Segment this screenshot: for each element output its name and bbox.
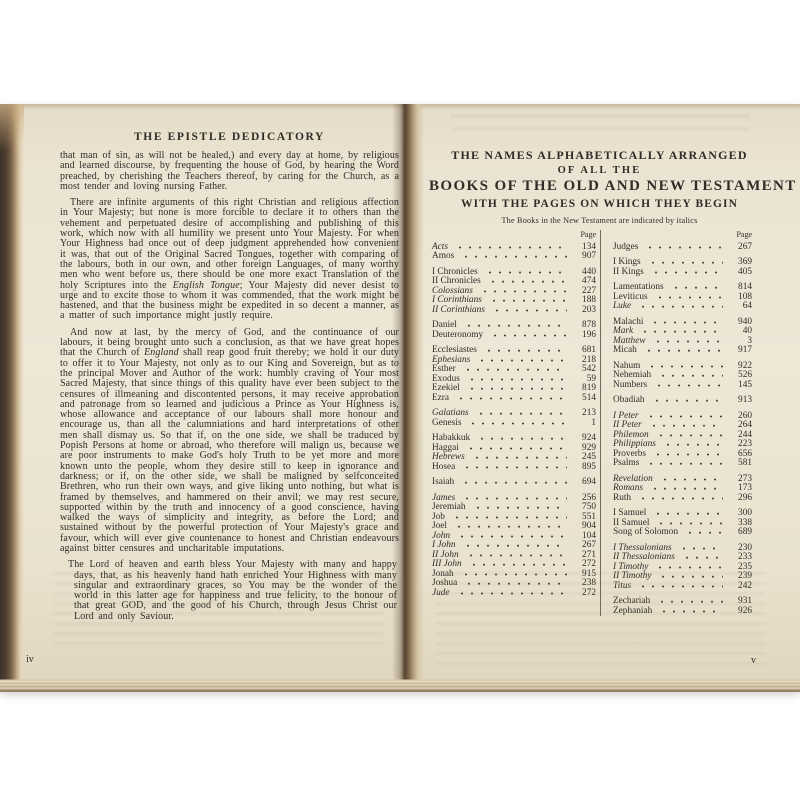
dot-leader [647,421,723,431]
book-entry: Ephesians218 [432,356,596,366]
left-page-number: iv [26,654,34,665]
dot-leader [461,365,567,375]
book-page-number: 272 [570,589,596,599]
right-page-number: v [751,655,756,666]
dot-leader [658,475,723,485]
page-stack-edges [0,677,800,692]
book-entry: Joel904 [432,522,596,532]
book-page-number: 242 [726,582,752,592]
book-name: Ezra [432,394,449,404]
book-entry: Acts134 [432,243,596,253]
dot-leader [450,513,567,523]
header-line-1: THE NAMES ALPHABETICALLY ARRANGED [429,148,770,163]
ink-bleed-through [451,114,750,140]
dot-leader [459,570,567,580]
dot-leader [475,434,567,444]
book-name: Psalms [613,459,639,469]
book-entry: Ruth296 [613,494,752,504]
book-name: II Corinthians [432,306,485,316]
book-entry: II Timothy239 [613,572,752,582]
book-name: Hosea [432,463,455,473]
book-entry: II Corinthians203 [432,306,596,316]
dot-leader [452,522,567,532]
dot-leader [643,243,723,253]
page-column-header: Page [613,230,752,240]
dot-leader [459,252,567,262]
book-page-number: 203 [570,306,596,316]
book-page-number: 514 [570,394,596,404]
dedication-paragraph: And now at last, by the mercy of God, an… [60,328,399,555]
dot-leader [460,463,567,473]
dot-leader [651,450,723,460]
book-page-number: 267 [726,243,752,253]
dot-leader [465,384,567,394]
header-line-4: WITH THE PAGES ON WHICH THEY BEGIN [429,198,770,210]
book-entry: John104 [432,532,596,542]
dot-leader [460,494,567,504]
book-page-number: 895 [570,463,596,473]
book-entry: Deuteronomy196 [432,331,596,341]
left-page-title: THE EPISTLE DEDICATORY [60,131,399,143]
book-page-number: 907 [570,252,596,262]
book-name: Micah [613,346,637,356]
book-page-number: 196 [570,331,596,341]
books-index-table: Page Acts134Amos907I Chronicles440II Chr… [421,230,800,616]
dot-leader [453,243,567,253]
dot-leader [461,541,568,551]
dot-leader [683,528,723,538]
dot-leader [648,484,723,494]
dot-leader [642,346,723,356]
dot-leader [646,258,723,268]
dot-leader [462,579,567,589]
book-entry: Psalms581 [613,459,752,469]
dot-leader [636,494,723,504]
book-name: Deuteronomy [432,331,483,341]
dot-leader [487,296,567,306]
book-entry: Isaiah694 [432,478,596,488]
book-entry: Numbers145 [613,381,752,391]
dot-leader [677,544,723,554]
book-entry: Ezekiel819 [432,384,596,394]
dot-leader [655,597,723,607]
page-column-header: Page [432,230,596,240]
dot-leader [474,409,567,419]
dot-leader [650,396,724,406]
header-line-2: OF ALL THE [429,165,770,176]
book-page-number: 64 [726,302,752,312]
scanned-book-photo: THE EPISTLE DEDICATORY that man of sin, … [0,0,800,800]
books-column-1: Page Acts134Amos907I Chronicles440II Chr… [421,230,601,616]
book-page-number: 1 [570,419,596,429]
book-entry: Malachi940 [613,318,752,328]
book-name: Isaiah [432,478,454,488]
book-name: Jude [432,589,450,599]
dot-leader [490,306,567,316]
dot-leader [653,293,723,303]
dot-leader [455,589,567,599]
dot-leader [482,346,567,356]
dot-leader [486,277,567,287]
dot-leader [478,287,567,297]
dot-leader [654,431,723,441]
open-book: THE EPISTLE DEDICATORY that man of sin, … [0,104,800,692]
book-name: Luke [613,302,631,312]
book-name: Song of Solomon [613,528,678,538]
dot-leader [656,572,723,582]
dot-leader [651,509,723,519]
dot-leader [636,582,723,592]
book-cover-edge [0,104,24,692]
book-entry: Obadiah913 [613,396,752,406]
dot-leader [638,327,723,337]
book-entry: Hosea895 [432,463,596,473]
book-name: II Kings [613,268,644,278]
dot-leader [483,268,567,278]
dot-leader [455,532,567,542]
book-name: Titus [613,582,631,592]
book-entry: III John272 [432,560,596,570]
dot-leader [475,356,567,366]
book-name: Zephaniah [613,607,652,617]
dot-leader [470,453,567,463]
dedication-paragraph: The Lord of heaven and earth bless Your … [74,560,397,622]
book-name: Amos [432,252,454,262]
dot-leader [466,419,567,429]
dot-leader [657,607,723,617]
dot-leader [459,478,567,488]
book-entry: Zephaniah926 [613,607,752,617]
book-page-number: 913 [726,396,752,406]
dedication-text: that man of sin, as will not be healed,)… [60,151,399,622]
dedication-paragraph: There are infinite arguments of this rig… [60,198,399,322]
book-entry: Titus242 [613,582,752,592]
italics-note: The Books in the New Testament are indic… [429,216,770,225]
book-page-number: 145 [726,381,752,391]
book-entry: Job551 [432,513,596,523]
dot-leader [644,412,723,422]
books-index-header: THE NAMES ALPHABETICALLY ARRANGED OF ALL… [421,148,800,225]
book-page-number: 405 [726,268,752,278]
dot-leader [669,283,723,293]
book-page-number: 926 [726,607,752,617]
dot-leader [471,503,567,513]
right-page: THE NAMES ALPHABETICALLY ARRANGED OF ALL… [421,104,800,692]
dot-leader [680,553,723,563]
dot-leader [651,337,723,347]
dot-leader [649,268,723,278]
book-entry: Ezra514 [432,394,596,404]
dot-leader [465,375,567,385]
book-name: Genesis [432,419,461,429]
book-entry: Romans173 [613,484,752,494]
book-page-number: 581 [726,459,752,469]
book-name: Judges [613,243,638,253]
dot-leader [488,331,567,341]
dot-leader [464,551,567,561]
book-entry: Jeremiah750 [432,503,596,513]
dot-leader [454,394,567,404]
book-name: Obadiah [613,396,645,406]
dot-leader [653,563,723,573]
book-entry: Luke64 [613,302,752,312]
dot-leader [656,371,723,381]
book-entry: Micah917 [613,346,752,356]
dedication-paragraph: that man of sin, as will not be healed,)… [60,151,399,192]
book-name: Numbers [613,381,647,391]
dot-leader [467,560,567,570]
book-entry: Judges267 [613,243,752,253]
book-page-number: 296 [726,494,752,504]
dot-leader [645,362,723,372]
dot-leader [636,302,723,312]
dot-leader [644,459,723,469]
book-entry: Hebrews245 [432,453,596,463]
dot-leader [652,381,723,391]
book-entry: II Kings405 [613,268,752,278]
book-page-number: 694 [570,478,596,488]
book-entry: Genesis1 [432,419,596,429]
book-entry: Jude272 [432,589,596,599]
book-page-number: 689 [726,528,752,538]
dot-leader [661,440,723,450]
book-entry: Amos907 [432,252,596,262]
book-name: Ruth [613,494,631,504]
book-entry: Joshua238 [432,579,596,589]
left-page: THE EPISTLE DEDICATORY that man of sin, … [24,104,392,692]
dot-leader [464,444,567,454]
books-column-2: Page Judges267I Kings369II Kings405Lamen… [601,230,800,616]
book-page-number: 917 [726,346,752,356]
header-line-3: BOOKS OF THE OLD AND NEW TESTAMENT [429,178,770,195]
dot-leader [648,318,723,328]
book-entry: Song of Solomon689 [613,528,752,538]
book-entry: Leviticus108 [613,293,752,303]
